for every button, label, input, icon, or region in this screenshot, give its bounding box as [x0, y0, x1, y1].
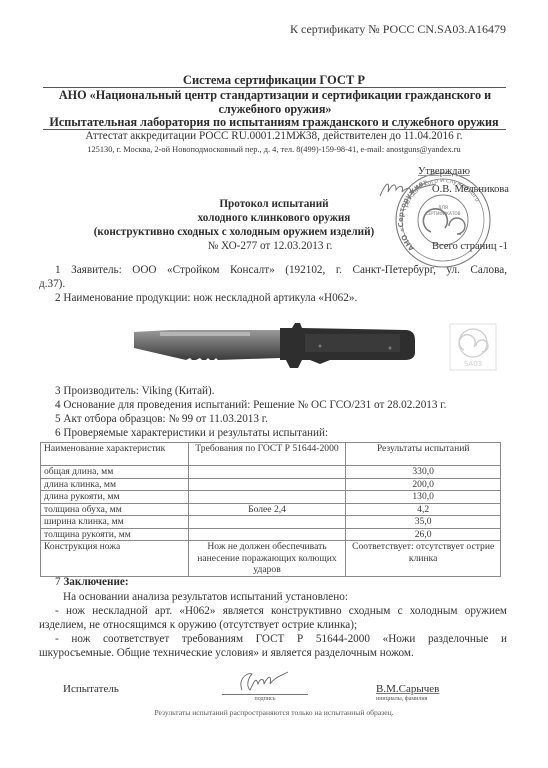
conclusion-point-2-cont: шкуросъемные. Общие технические условия»…	[39, 646, 414, 660]
cell: толщина рукояти, мм	[41, 528, 189, 541]
table-row: длина клинка, мм 200,0	[41, 478, 501, 491]
column-header: Требования по ГОСТ Р 51644-2000	[188, 443, 346, 466]
protocol-subtitle: холодного клинкового оружия	[0, 212, 548, 224]
cell: Конструкция ножа	[41, 541, 189, 577]
cell	[188, 516, 346, 529]
cell: 4,2	[346, 503, 501, 516]
applicant-line-2: д.37).	[39, 277, 65, 291]
cell: 26,0	[346, 528, 501, 541]
cell: длина клинка, мм	[41, 478, 189, 491]
tester-role: Испытатель	[63, 683, 119, 695]
cell: 35,0	[346, 516, 501, 529]
conclusion-point-2: - нож соответствует требованиям ГОСТ Р 5…	[55, 632, 507, 646]
conclusion-point-1-cont: изделием, не относящимся к оружию (отсут…	[39, 618, 357, 632]
table-header-row: Наименование характеристик Требования по…	[41, 443, 501, 466]
manufacturer: 3 Производитель: Viking (Китай).	[55, 384, 215, 398]
protocol-number: № ХО-277 от 12.03.2013 г.	[120, 240, 420, 252]
sampling-act: 5 Акт отбора образцов: № 99 от 11.03.201…	[55, 412, 268, 426]
tester-name-caption: инициалы, фамилия	[376, 696, 427, 702]
approver-signature-icon	[378, 178, 438, 200]
column-header: Наименование характеристик	[41, 443, 189, 466]
signature-line	[222, 694, 308, 695]
signature-caption: подпись	[222, 696, 308, 702]
cell	[188, 466, 346, 479]
table-row: общая длина, мм 330,0	[41, 466, 501, 479]
conclusion-point-1: - нож нескладной арт. «Н062» является ко…	[55, 604, 507, 618]
table-row: Конструкция ножа Нож не должен обеспечив…	[41, 541, 501, 577]
table-row: толщина рукояти, мм 26,0	[41, 528, 501, 541]
cell: Соответствует: отсутствует острие клинка	[346, 541, 501, 577]
svg-text:SA03: SA03	[464, 360, 482, 368]
organization-name: АНО «Национальный центр стандартизации и…	[40, 88, 510, 116]
conclusion-intro: На основании анализа результатов испытан…	[63, 590, 348, 604]
address-line: 125130, г. Москва, 2-ой Новоподмосковный…	[0, 145, 548, 154]
results-table: Наименование характеристик Требования по…	[40, 442, 501, 577]
approval-label: Утверждаю	[418, 166, 470, 177]
cell	[188, 478, 346, 491]
cell: общая длина, мм	[41, 466, 189, 479]
cell: Нож не должен обеспечивать нанесение пор…	[188, 541, 346, 577]
rst-certification-mark-icon: SA03	[448, 322, 498, 372]
cell: толщина обуха, мм	[41, 503, 189, 516]
cell: длина рукояти, мм	[41, 491, 189, 504]
accreditation-line: Аттестат аккредитации РОСС RU.0001.21МЖ3…	[0, 130, 548, 142]
laboratory-name: Испытательная лаборатория по испытаниям …	[0, 115, 548, 130]
column-header: Результаты испытаний	[346, 443, 501, 466]
cell: Более 2,4	[188, 503, 346, 516]
cell: 130,0	[346, 491, 501, 504]
product-name: 2 Наименование продукции: нож нескладной…	[55, 291, 357, 305]
tester-name: В.М.Сарычев	[376, 683, 439, 695]
test-basis: 4 Основание для проведения испытаний: Ре…	[55, 398, 446, 412]
conclusion-heading: 7 Заключение:	[55, 576, 129, 588]
cell	[188, 491, 346, 504]
cell	[188, 528, 346, 541]
tester-signature-icon	[236, 670, 294, 694]
conclusion-title: Заключение:	[63, 576, 128, 588]
knife-image	[130, 320, 422, 368]
applicant-line: 1 Заявитель: ООО «Стройком Консалт» (192…	[55, 263, 507, 277]
certificate-reference: К сертификату № РОСС CN.SA03.A16479	[290, 22, 506, 37]
cell: 330,0	[346, 466, 501, 479]
characteristics-title: 6 Проверяемые характеристики и результат…	[55, 426, 328, 440]
table-row: ширина клинка, мм 35,0	[41, 516, 501, 529]
total-pages: Всего страниц -1	[432, 241, 508, 252]
footnote: Результаты испытаний распространяются то…	[0, 708, 548, 717]
certification-system-title: Система сертификации ГОСТ Р	[0, 73, 548, 88]
conclusion-number: 7	[55, 576, 61, 588]
approver-name: О.В. Мельникова	[432, 184, 509, 195]
table-row: толщина обуха, мм Более 2,4 4,2	[41, 503, 501, 516]
table-row: длина рукояти, мм 130,0	[41, 491, 501, 504]
protocol-title: Протокол испытаний	[0, 198, 548, 210]
cell: 200,0	[346, 478, 501, 491]
cell: ширина клинка, мм	[41, 516, 189, 529]
protocol-subtitle-2: (конструктивно сходных с холодным оружие…	[0, 226, 508, 238]
